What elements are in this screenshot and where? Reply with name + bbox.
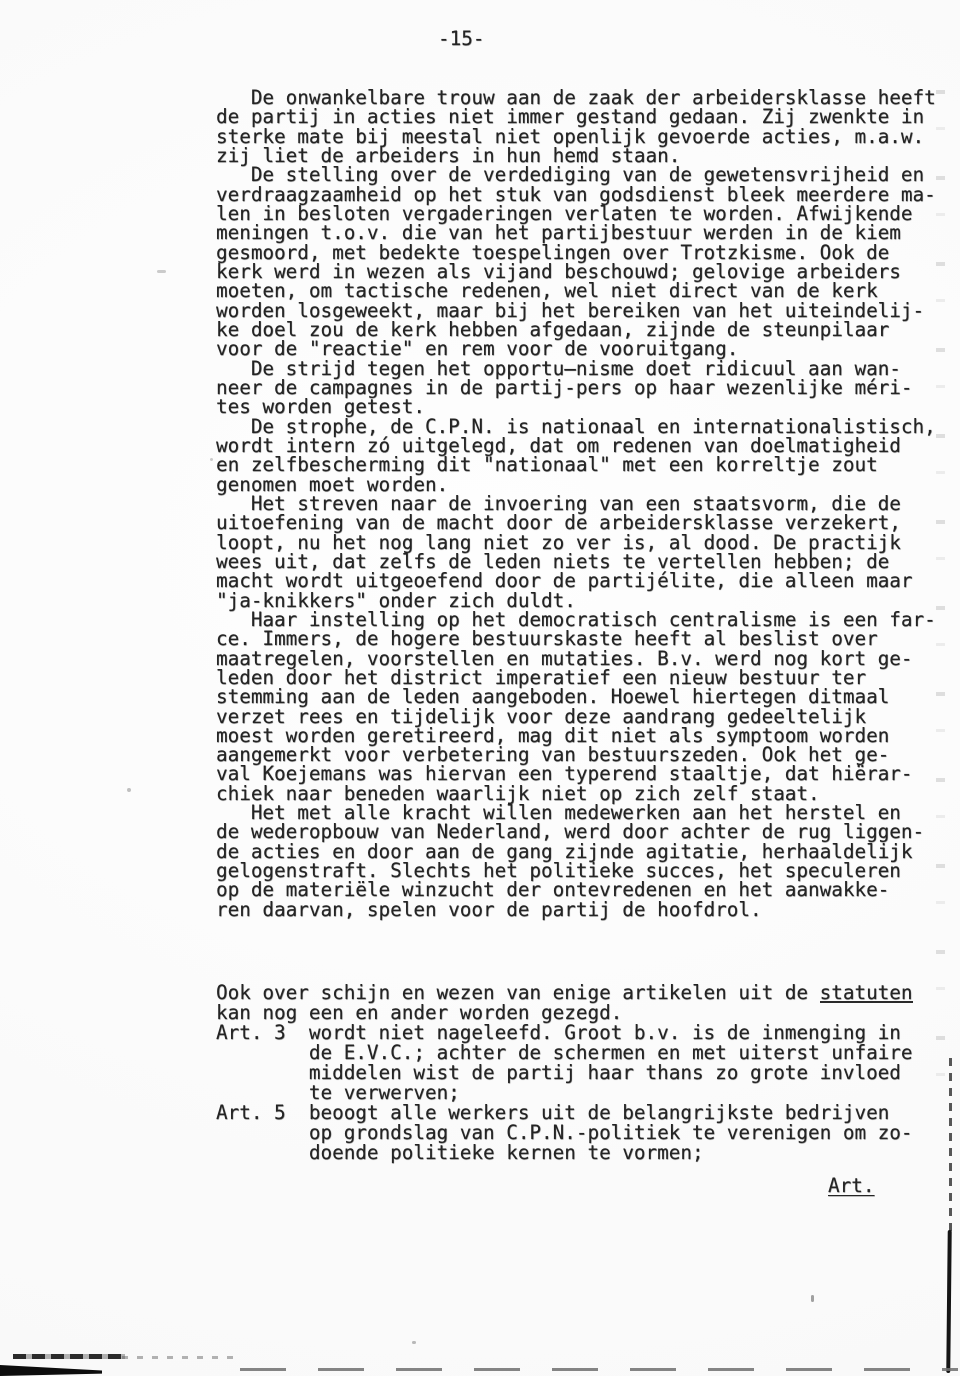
statuten-word-underline [820, 1001, 913, 1003]
scan-dashed-line-right [949, 1058, 952, 1234]
scan-speck [811, 1295, 814, 1302]
scan-speckle-column-right [936, 90, 945, 1090]
body-text: De onwankelbare trouw aan de zaak der ar… [216, 88, 936, 919]
scan-speck [412, 1341, 416, 1344]
scan-speck [157, 270, 166, 273]
scan-solid-line-right [946, 1230, 951, 1373]
statutes-section: Ook over schijn en wezen van enige artik… [216, 983, 913, 1163]
footer-signature: Art. [828, 1174, 874, 1197]
scan-corner-wedge [0, 1363, 102, 1376]
scan-smudge-bottom-left [13, 1354, 125, 1359]
scan-speck [127, 788, 131, 792]
page-number: -15- [438, 27, 484, 50]
scan-speck [210, 458, 213, 461]
scan-smudge-dots [122, 1356, 240, 1359]
scanned-page: -15- De onwankelbare trouw aan de zaak d… [0, 0, 960, 1376]
scan-bottom-dashed-line [240, 1368, 958, 1371]
